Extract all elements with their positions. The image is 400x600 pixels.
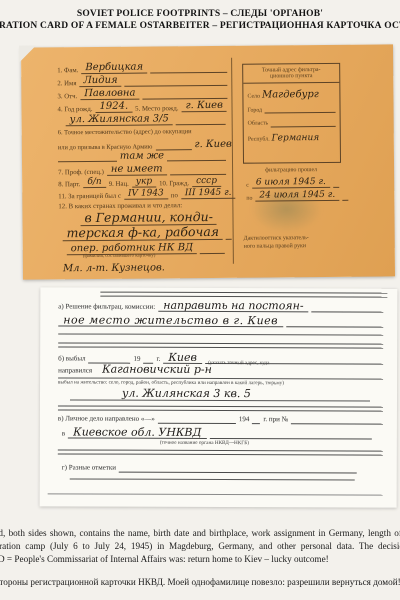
field-value: 24 июля 1945 г.	[255, 191, 339, 202]
field-birth: 4. Год рожд. 1924. 5. Место рожд. г. Кие…	[57, 101, 233, 114]
field-label: Город	[248, 107, 263, 114]
field-label: г) Разные отметки	[62, 464, 116, 472]
underline	[264, 112, 335, 114]
field-label: а) Решение фильтрац. комиссии:	[58, 304, 155, 312]
field-value: г. Киев	[194, 140, 231, 150]
field-label: 7. Проф. (спец.)	[58, 168, 104, 176]
field-patronymic: 3. Отч. Павловна	[57, 88, 227, 100]
double-rule	[58, 449, 383, 455]
field-label: 10. Гражд.	[159, 180, 189, 188]
field-label: Село	[247, 94, 260, 101]
field-value: Вербицкая	[81, 63, 147, 75]
field-label: в) Личное дело направлено «—»	[58, 415, 155, 423]
scanned-document-page: SOVIET POLICE FOOTPRINTS – СЛЕДЫ 'ОРГАНО…	[0, 0, 400, 600]
departed-note1: (указать точный адрес, куда	[208, 361, 269, 367]
underline	[286, 326, 383, 327]
field-residence-label: 6. Точное местожительство (адрес) до окк…	[58, 128, 230, 137]
field-value: там же	[120, 151, 164, 161]
field-profession: 7. Проф. (спец.) не имеет	[58, 164, 226, 176]
caption-en-line1: ard, both sides shown, contains the name…	[0, 528, 400, 538]
decision-row: а) Решение фильтрац. комиссии: направить…	[58, 299, 383, 312]
field-selo: Село Магдебург	[247, 90, 335, 101]
field-note: (указать точный адрес, куда	[208, 361, 269, 367]
field-label: 11. За границей был с	[58, 192, 121, 200]
underline	[158, 422, 236, 423]
field-label: с	[246, 182, 249, 189]
field-label: 2. Имя	[57, 80, 76, 88]
rule-line	[58, 333, 383, 335]
field-value: Кагановичский р-н	[102, 364, 212, 375]
field-value: IV 1943	[124, 189, 168, 199]
field-label: по	[246, 195, 252, 202]
field-street: ул. Жилянская 3/5	[66, 114, 226, 126]
field-value: Магдебург	[262, 90, 319, 100]
personal-file-dest: в Киевское обл. УНКВД	[62, 426, 372, 439]
fingerprint-label: Дактилооттиск указатель-	[244, 235, 344, 242]
personal-file-note: (точное название органа НКВД—НКГБ)	[160, 441, 249, 447]
page-title-line1: SOVIET POLICE FOOTPRINTS – СЛЕДЫ 'ОРГАНО…	[0, 9, 400, 19]
field-value: Германия	[272, 134, 320, 143]
caption-ru-line: тороны регистрационной карточки НКВД. Мо…	[0, 577, 400, 587]
underline	[291, 423, 383, 424]
field-label: (фамилия, составившего карточку)	[83, 253, 156, 259]
field-value: 6 июля 1945 г.	[252, 178, 330, 189]
field-surname: 1. Фам. Вербицкая	[57, 62, 227, 74]
underline	[200, 253, 225, 254]
page-title-line2: STRATION CARD OF A FEMALE OSTARBEITER – …	[0, 21, 400, 31]
field-label: 8. Парт.	[58, 181, 80, 189]
field-label: в	[62, 431, 65, 439]
field-value: Лидия	[79, 76, 121, 87]
field-label: 4. Год рожд.	[58, 106, 93, 114]
field-abroad-dates: 11. За границей был с IV 1943 по III 194…	[58, 189, 236, 201]
rule-line	[48, 493, 383, 495]
field-value: Павловна	[80, 89, 139, 101]
caption-en-line2: iltration camp (July 6 to July 24, 1945)…	[0, 541, 400, 551]
field-label: 194	[239, 416, 250, 424]
field-oblast: Область	[248, 120, 336, 127]
field-party-nationality-citizenship: 8. Парт. б/п 9. Нац. укр 10. Гражд. ссср	[58, 177, 240, 189]
photo-corner	[19, 45, 36, 62]
rule-line	[70, 478, 355, 480]
field-value: ул. Жилянская 3/5	[66, 114, 173, 126]
field-value: ссср	[192, 177, 221, 187]
underline	[125, 85, 228, 87]
headed-to-value: Кагановичский р-н	[102, 364, 212, 375]
underline	[270, 126, 335, 128]
signature: Мл. л-т. Кузнецов.	[63, 263, 165, 274]
field-value: ул. Жилянская 3 кв. 5	[122, 388, 251, 399]
field-label: 6. Точное местожительство (адрес) до окк…	[58, 128, 192, 136]
field-value: 1924.	[95, 102, 132, 113]
underline	[119, 471, 357, 473]
field-value: не имеет	[107, 164, 167, 176]
field-respublika: Республ. Германия	[248, 134, 336, 144]
field-label: б) выбыл	[58, 356, 85, 364]
field-label: Республ.	[248, 137, 270, 144]
headed-to-label: направился	[58, 367, 92, 375]
field-label: 3. Отч.	[57, 93, 77, 101]
underline	[312, 311, 384, 312]
registration-card-front: 1. Фам. Вербицкая 2. Имя Лидия 3. Отч. П…	[21, 44, 395, 279]
underline	[342, 200, 348, 201]
underline	[176, 124, 226, 125]
underline	[333, 187, 339, 188]
field-label: Дактилооттиск указатель-	[244, 235, 309, 242]
underline	[167, 160, 226, 162]
examiner-caption: (фамилия, составившего карточку)	[83, 253, 156, 259]
field-note: (точное название органа НКВД—НКГБ)	[160, 441, 249, 447]
filtration-to: по 24 июля 1945 г.	[246, 191, 338, 202]
fingerprint-label2: ного пальца правой руки	[244, 243, 344, 250]
field-value: г. Киев	[182, 101, 227, 112]
double-rule	[100, 292, 387, 298]
field-label: 5. Место рожд.	[135, 105, 178, 113]
field-label: 9. Нац.	[109, 180, 129, 188]
filtration-point-title: Точный адрес фильтра- ционного пункта	[243, 64, 339, 84]
decision-row2: ное место жительство в г. Киев	[58, 314, 383, 327]
field-value: терская ф-ка, рабочая	[63, 226, 224, 241]
misc-notes-row: г) Разные отметки	[62, 464, 357, 473]
field-countries-line2: терская ф-ка, рабочая	[63, 226, 231, 241]
filtration-point-box: Точный адрес фильтра- ционного пункта Се…	[242, 63, 341, 164]
filtration-from: с 6 июля 1945 г.	[246, 178, 338, 189]
field-value: направить на постоян-	[158, 300, 308, 313]
caption-en-line3: D = People's Commissariat of Internal Af…	[0, 554, 398, 564]
double-rule	[58, 405, 383, 411]
field-label: фильтрацию прошел	[265, 167, 317, 174]
field-gorod: Город	[248, 107, 336, 114]
field-label: 1. Фам.	[57, 67, 78, 75]
field-label: ного пальца правой руки	[244, 243, 306, 250]
field-value: Киевское обл. УНКВД	[68, 426, 206, 438]
field-label: Область	[248, 121, 269, 128]
personal-file-row: в) Личное дело направлено «—» 194 г. при…	[58, 415, 383, 424]
field-label: г. при №	[263, 416, 288, 424]
field-residence-same: там же	[58, 151, 226, 162]
column-divider	[231, 58, 234, 264]
title-line: ционного пункта	[244, 73, 338, 80]
double-rule	[58, 342, 383, 348]
field-value: б/п	[83, 178, 105, 188]
street-value: ул. Жилянская 3 кв. 5	[122, 388, 251, 399]
underline	[252, 423, 260, 424]
underline	[150, 72, 227, 74]
field-value: III 1945 г.	[181, 189, 236, 199]
field-firstname: 2. Имя Лидия	[57, 75, 227, 87]
filtration-passed-label: фильтрацию прошел	[243, 167, 339, 174]
rule-line	[70, 399, 370, 401]
underline	[58, 161, 117, 163]
field-value: ное место жительство в г. Киев	[58, 314, 283, 327]
registration-card-back: а) Решение фильтрац. комиссии: направить…	[40, 287, 398, 507]
underline	[226, 238, 232, 239]
field-value: укр	[132, 177, 156, 187]
field-label: по	[171, 192, 178, 200]
signature-line: Мл. л-т. Кузнецов.	[63, 263, 165, 274]
field-label: направился	[58, 367, 92, 375]
